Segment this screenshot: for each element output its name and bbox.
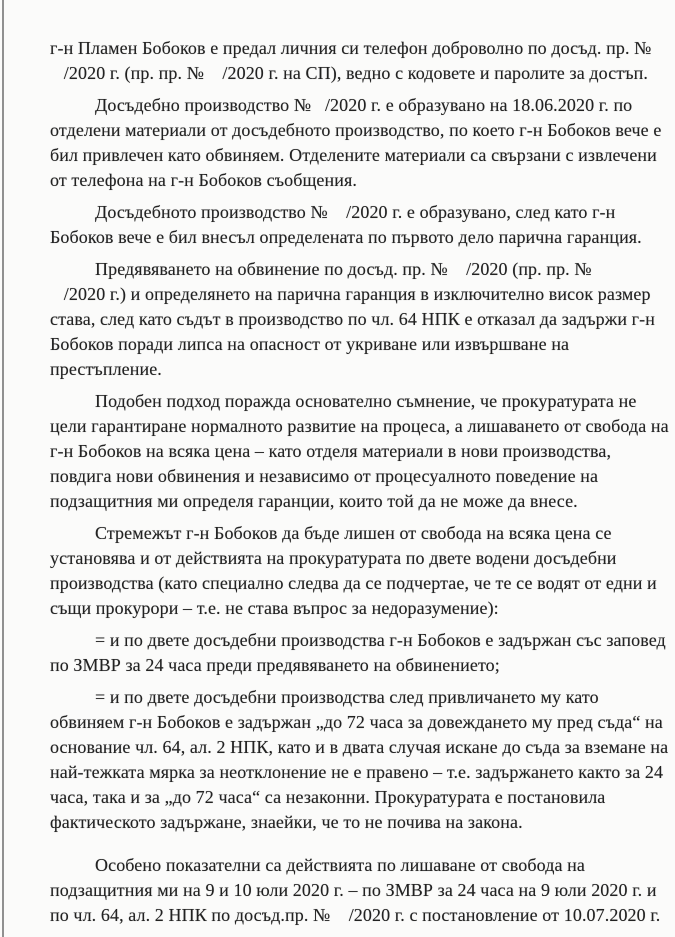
text-line: Досъдебното производство № /2020 г. е об…: [50, 200, 667, 225]
text-line: от телефона на г-н Бобоков съобщения.: [50, 168, 667, 193]
text-line: обвиняем г-н Бобоков е задържан „до 72 ч…: [50, 710, 667, 735]
text-line: подзащитния ми на 9 и 10 юли 2020 г. – п…: [50, 878, 667, 903]
text-line: фактическото задържане, знаейки, че то н…: [50, 810, 667, 835]
text-line: по ЗМВР за 24 часа преди предявяването н…: [50, 653, 667, 678]
scanned-document: { "page": { "background_color": "#fbfbfa…: [0, 0, 675, 937]
paragraph: Подобен подход поражда основателно съмне…: [50, 389, 667, 514]
text-line: /2020 г. (пр. пр. № /2020 г. на СП), вед…: [50, 61, 667, 86]
text-line: Особено показателни са действията по лиш…: [50, 853, 667, 878]
text-line: става, след като съдът в производство по…: [50, 307, 667, 332]
paragraph: = и по двете досъдебни производства след…: [50, 685, 667, 835]
text-line: Предявяването на обвинение по досъд. пр.…: [50, 257, 667, 282]
text-line: /2020 г.) и определянето на парична гара…: [50, 282, 667, 307]
text-line: Стремежът г-н Бобоков да бъде лишен от с…: [50, 521, 667, 546]
text-line: по чл. 64, ал. 2 НПК по досъд.пр. № /202…: [50, 903, 667, 928]
document-body-text: г-н Пламен Бобоков е предал личния си те…: [50, 36, 667, 928]
text-line: Бобоков поради липса на опасност от укри…: [50, 332, 667, 357]
text-line: цели гарантиране нормалното развитие на …: [50, 414, 667, 439]
document-page: г-н Пламен Бобоков е предал личния си те…: [0, 0, 675, 937]
text-line: производства (като специално следва да с…: [50, 571, 667, 596]
paragraph: Предявяването на обвинение по досъд. пр.…: [50, 257, 667, 382]
text-line: = и по двете досъдебни производства г-н …: [50, 628, 667, 653]
text-line: подзащитния ми определя гаранции, които …: [50, 489, 667, 514]
paragraph: Стремежът г-н Бобоков да бъде лишен от с…: [50, 521, 667, 621]
text-line: отделени материали от досъдебното произв…: [50, 118, 667, 143]
text-line: престъпление.: [50, 357, 667, 382]
text-line: г-н Бобоков на всяка цена – като отделя …: [50, 439, 667, 464]
text-line: = и по двете досъдебни производства след…: [50, 685, 667, 710]
text-line: бил привлечен като обвиняем. Отделените …: [50, 143, 667, 168]
text-line: най-тежката мярка за неотклонение не е п…: [50, 760, 667, 785]
text-line: установява и от действията на прокуратур…: [50, 546, 667, 571]
text-line: Бобоков вече е бил внесъл определената п…: [50, 225, 667, 250]
text-line: повдига нови обвинения и независимо от п…: [50, 464, 667, 489]
paragraph: = и по двете досъдебни производства г-н …: [50, 628, 667, 678]
text-line: Подобен подход поражда основателно съмне…: [50, 389, 667, 414]
text-line: г-н Пламен Бобоков е предал личния си те…: [50, 36, 667, 61]
text-line: основание чл. 64, ал. 2 НПК, като и в дв…: [50, 735, 667, 760]
text-line: Досъдебно производство № /2020 г. е обра…: [50, 93, 667, 118]
scan-edge-artifact: [2, 0, 4, 937]
paragraph: Особено показателни са действията по лиш…: [50, 853, 667, 928]
paragraph: г-н Пламен Бобоков е предал личния си те…: [50, 36, 667, 86]
text-line: часа, така и за „до 72 часа“ са незаконн…: [50, 785, 667, 810]
paragraph: Досъдебно производство № /2020 г. е обра…: [50, 93, 667, 193]
paragraph: Досъдебното производство № /2020 г. е об…: [50, 200, 667, 250]
text-line: същи прокурори – т.е. не става въпрос за…: [50, 596, 667, 621]
